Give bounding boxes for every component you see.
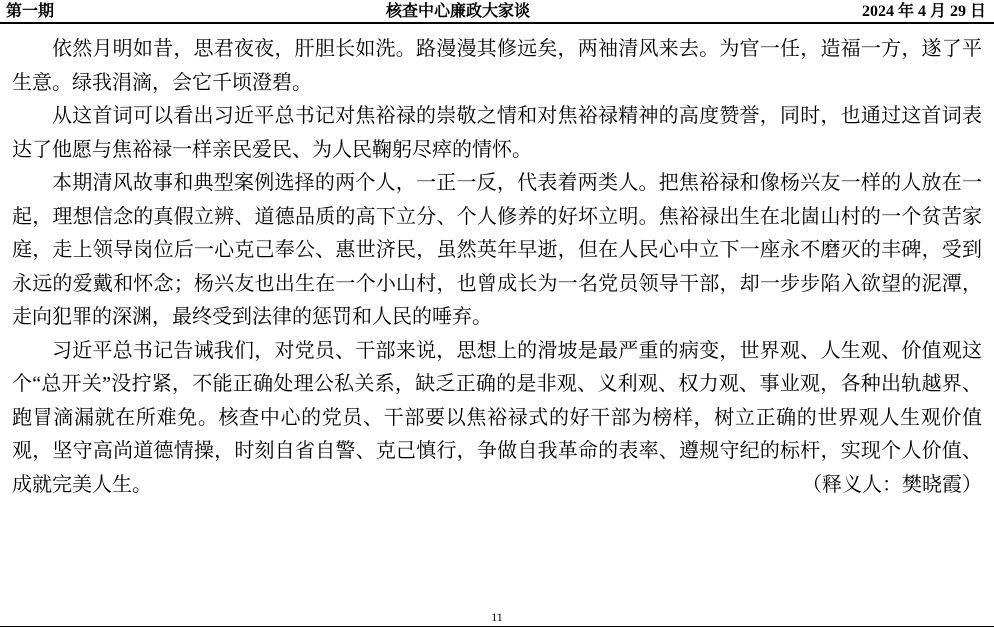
document-page: 第一期 核查中心廉政大家谈 2024 年 4 月 29 日 依然月明如昔，思君夜… <box>0 0 994 627</box>
attribution-line: （释义人：樊晓霞） <box>12 469 982 503</box>
document-body: 依然月明如昔，思君夜夜，肝胆长如洗。路漫漫其修远矣，两袖清风来去。为官一任，造福… <box>0 24 994 502</box>
header-document-title: 核查中心廉政大家谈 <box>54 3 862 21</box>
header-issue-label: 第一期 <box>6 3 54 21</box>
page-footer: 11 <box>0 610 994 624</box>
header-date: 2024 年 4 月 29 日 <box>862 3 986 21</box>
paragraph-poem-quote: 依然月明如昔，思君夜夜，肝胆长如洗。路漫漫其修远矣，两袖清风来去。为官一任，造福… <box>12 33 982 100</box>
paragraph-case-comparison: 本期清风故事和典型案例选择的两个人，一正一反，代表着两类人。把焦裕禄和像杨兴友一… <box>12 167 982 335</box>
paragraph-commentary: 从这首词可以看出习近平总书记对焦裕禄的崇敬之情和对焦裕禄精神的高度赞誉，同时，也… <box>12 100 982 167</box>
page-header: 第一期 核查中心廉政大家谈 2024 年 4 月 29 日 <box>0 0 994 24</box>
page-number: 11 <box>491 610 503 624</box>
